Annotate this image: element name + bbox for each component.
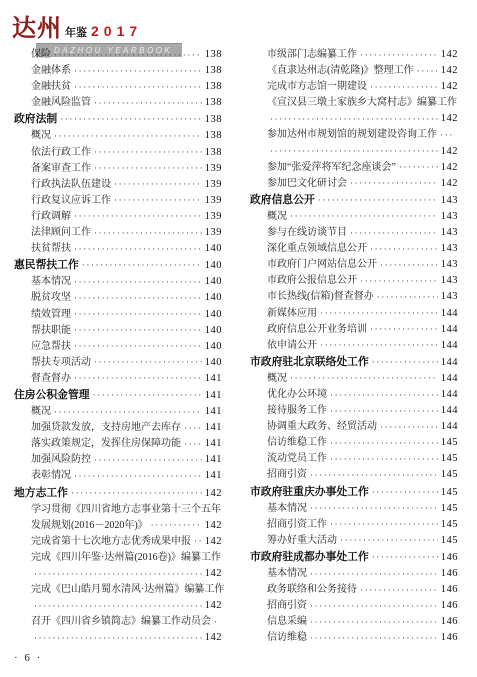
toc-item-entry: 依申请公开144 (250, 338, 458, 354)
page-number: 138 (205, 95, 222, 111)
dot-leader (372, 488, 438, 497)
page-number: 145 (441, 533, 458, 549)
toc-item-entry: 142 (250, 111, 458, 127)
toc-entry-text: 完成省第十七次地方志优秀成果申报 (31, 534, 191, 550)
toc-item-entry: 优化办公环境144 (250, 387, 458, 403)
page-number: 138 (205, 112, 222, 128)
toc-entry-text: 脱贫攻坚 (31, 290, 71, 306)
toc-entry-text: 基本情况 (31, 274, 71, 290)
dot-leader (340, 536, 438, 545)
toc-entry-text: 住房公积金管理 (14, 387, 90, 403)
page-number: 140 (205, 339, 222, 355)
dot-leader (94, 148, 202, 157)
page-number: 139 (205, 225, 222, 241)
toc-entry-text: 依申请公开 (267, 338, 317, 354)
yearbook-toc-page: 达州 年鉴 2017 DAZHOU YEARBOOK 保险138金融体系138金… (0, 0, 477, 677)
page-number: 143 (441, 241, 458, 257)
dot-leader (114, 180, 202, 189)
toc-item-entry: 绩效管理140 (14, 307, 222, 323)
toc-entry-text: 基本情况 (267, 501, 307, 517)
toc-item-entry: 市级部门志编纂工作142 (250, 47, 458, 63)
dot-leader (71, 489, 202, 498)
toc-entry-text: 政府法制 (14, 111, 57, 127)
dot-leader (94, 229, 202, 238)
masthead-logo: 达州 年鉴 2017 (12, 8, 182, 43)
dot-leader (74, 83, 202, 92)
dot-leader (330, 520, 438, 529)
page-number: 143 (441, 225, 458, 241)
toc-item-entry: 招商引资146 (250, 598, 458, 614)
dot-leader (74, 294, 202, 303)
toc-entry-text: 《直隶达州志(清乾隆)》整理工作 (267, 63, 414, 79)
page-number: 139 (205, 193, 222, 209)
toc-item-entry: 概况138 (14, 128, 222, 144)
page-number: 138 (205, 47, 222, 63)
toc-item-entry: 政府信息公开业务培训144 (250, 322, 458, 338)
dot-leader (380, 423, 438, 432)
page-number: 142 (441, 160, 458, 176)
toc-item-entry: 学习贯彻《四川省地方志事业第十三个五年 (14, 502, 222, 518)
page-number: 142 (205, 566, 222, 582)
page-number: 144 (441, 419, 458, 435)
dot-leader (74, 326, 202, 335)
dot-leader (360, 277, 438, 286)
toc-entry-text: 招商引资工作 (267, 517, 327, 533)
page-number: 142 (441, 79, 458, 95)
page-number: 142 (441, 111, 458, 127)
page-number: 145 (441, 501, 458, 517)
toc-column-right: 市级部门志编纂工作142《直隶达州志(清乾隆)》整理工作142完成市方志馆一期建… (250, 47, 458, 646)
dot-leader (320, 309, 438, 318)
dot-leader (82, 261, 202, 270)
dot-leader (372, 553, 438, 562)
page-number: 138 (205, 145, 222, 161)
page-number: 142 (205, 598, 222, 614)
toc-entry-text: 信访维稳 (267, 630, 307, 646)
toc-entry-text: 金融体系 (31, 63, 71, 79)
dot-leader (290, 212, 438, 221)
toc-section-entry: 政府法制138 (14, 111, 222, 128)
dot-leader (310, 471, 438, 480)
page-number: 142 (441, 47, 458, 63)
toc-entry-text: 绩效管理 (31, 307, 71, 323)
folio-page-number: · 6 · (14, 652, 42, 664)
toc-item-entry: 依法行政工作138 (14, 145, 222, 161)
page-number: 140 (205, 274, 222, 290)
dot-leader (74, 374, 202, 383)
toc-item-entry: 基本情况140 (14, 274, 222, 290)
toc-entry-text: 发展规划(2016－2020年)》 (31, 518, 148, 534)
page-number: 141 (205, 371, 222, 387)
toc-item-entry: 备案审查工作139 (14, 161, 222, 177)
toc-entry-text: 招商引资 (267, 598, 307, 614)
toc-entry-text: 行政调解 (31, 209, 71, 225)
toc-item-entry: 参与在线访谈节目143 (250, 225, 458, 241)
toc-item-entry: 流动党员工作145 (250, 451, 458, 467)
page-number: 141 (205, 468, 222, 484)
toc-item-entry: 信访维稳146 (250, 630, 458, 646)
page-number: 144 (441, 306, 458, 322)
dot-leader (290, 374, 438, 383)
page-number: 140 (205, 355, 222, 371)
dot-leader (114, 196, 202, 205)
page-number: 138 (205, 128, 222, 144)
toc-entry-text: 市政府驻成都办事处工作 (250, 549, 369, 565)
dot-leader (377, 293, 438, 302)
masthead-year: 2017 (91, 23, 142, 39)
dot-leader (54, 51, 202, 60)
dot-leader (320, 341, 438, 350)
toc-entry-text: 完成市方志馆一期建设 (267, 79, 367, 95)
toc-entry-text: 基本情况 (267, 566, 307, 582)
page-number: 142 (205, 486, 222, 502)
toc-item-entry: 基本情况145 (250, 501, 458, 517)
dot-leader (330, 455, 438, 464)
toc-entry-text: 督查督办 (31, 371, 71, 387)
dot-leader (34, 634, 202, 643)
page-number: 142 (205, 534, 222, 550)
page-number: 138 (205, 79, 222, 95)
page-number: 144 (441, 355, 458, 371)
toc-item-entry: 扶贫帮扶140 (14, 241, 222, 257)
toc-entry-text: 概况 (267, 209, 287, 225)
toc-item-entry: 招商引资工作145 (250, 517, 458, 533)
toc-entry-text: 市政府门户网站信息公开 (267, 257, 377, 273)
toc-entry-text: 依法行政工作 (31, 145, 91, 161)
toc-entry-text: 市级部门志编纂工作 (267, 47, 357, 63)
toc-entry-text: 行政执法队伍建设 (31, 177, 111, 193)
page-number: 143 (441, 273, 458, 289)
toc-item-entry: 《直隶达州志(清乾隆)》整理工作142 (250, 63, 458, 79)
toc-item-entry: 概况144 (250, 371, 458, 387)
toc-item-entry: 142 (14, 598, 222, 614)
dot-leader (330, 391, 438, 400)
page-number: 142 (205, 518, 222, 534)
dot-leader (94, 164, 202, 173)
toc-entry-text: 表彰情况 (31, 468, 71, 484)
dot-leader (270, 147, 438, 156)
toc-entry-text: 备案审查工作 (31, 161, 91, 177)
dot-leader (360, 586, 438, 595)
toc-entry-text: 保险 (31, 47, 51, 63)
toc-item-entry: 完成省第十七次地方志优秀成果申报142 (14, 534, 222, 550)
toc-item-entry: 法律顾问工作139 (14, 225, 222, 241)
dot-leader (74, 67, 202, 76)
toc-entry-text: 参加达州市规划馆的规划建设咨询工作 (267, 127, 437, 143)
page-number: 139 (205, 161, 222, 177)
page-number: 142 (441, 176, 458, 192)
toc-item-entry: 深化重点领域信息公开143 (250, 241, 458, 257)
toc-item-entry: 落实政策规定，发挥住房保障功能141 (14, 436, 222, 452)
dot-leader (74, 472, 202, 481)
dot-leader (34, 570, 202, 579)
toc-item-entry: 市长热线(信箱)督查督办143 (250, 289, 458, 305)
toc-entry-text: 惠民帮扶工作 (14, 257, 79, 273)
toc-entry-text: 概况 (31, 128, 51, 144)
page-number: 139 (205, 177, 222, 193)
table-of-contents: 保险138金融体系138金融扶贫138金融风险监管138政府法制138概况138… (14, 47, 458, 646)
dot-leader (94, 99, 202, 108)
page-number: 140 (205, 323, 222, 339)
toc-section-entry: 市政府驻北京联络处工作144 (250, 354, 458, 371)
masthead-subtitle: 年鉴 (65, 24, 87, 40)
dot-leader (350, 229, 438, 238)
page-number: 140 (205, 307, 222, 323)
toc-item-entry: 金融体系138 (14, 63, 222, 79)
toc-item-entry: 市政府公报信息公开143 (250, 273, 458, 289)
toc-entry-text: 概况 (31, 404, 51, 420)
page-number: 144 (441, 371, 458, 387)
dot-leader (350, 179, 438, 188)
page-number: 145 (441, 485, 458, 501)
toc-item-entry: 新媒体应用144 (250, 306, 458, 322)
dot-leader (34, 602, 202, 611)
toc-item-entry: 参加“张爱萍将军纪念座谈会”142 (250, 160, 458, 176)
toc-entry-text: 协调重大政务、经贸活动 (267, 419, 377, 435)
toc-entry-text: 政务联络和公务接待 (267, 582, 357, 598)
toc-entry-text: 应急帮扶 (31, 339, 71, 355)
dot-leader (310, 570, 438, 579)
page-number: 144 (441, 403, 458, 419)
toc-item-entry: 142 (14, 566, 222, 582)
page-number: 142 (441, 63, 458, 79)
toc-item-entry: 完成市方志馆一期建设142 (250, 79, 458, 95)
toc-entry-text: 学习贯彻《四川省地方志事业第十三个五年 (31, 502, 221, 518)
toc-item-entry: 142 (250, 144, 458, 160)
toc-item-entry: 金融风险监管138 (14, 95, 222, 111)
page-number: 143 (441, 209, 458, 225)
page-number: 146 (441, 614, 458, 630)
dot-leader (54, 408, 202, 417)
page-number: 146 (441, 550, 458, 566)
page-number: 145 (441, 451, 458, 467)
dot-leader (74, 212, 202, 221)
dot-leader (74, 278, 202, 287)
toc-entry-text: 新媒体应用 (267, 306, 317, 322)
toc-entry-text: 加强风险防控 (31, 452, 91, 468)
toc-entry-text: 行政复议应诉工作 (31, 193, 111, 209)
page-number: 146 (441, 630, 458, 646)
toc-entry-text: 流动党员工作 (267, 451, 327, 467)
dot-leader (74, 245, 202, 254)
toc-item-entry: 基本情况146 (250, 566, 458, 582)
toc-entry-text: 落实政策规定，发挥住房保障功能 (31, 436, 181, 452)
dot-leader (330, 439, 438, 448)
toc-item-entry: 142 (14, 630, 222, 646)
toc-entry-text: 完成《四川年鉴·达州篇(2016卷)》编纂工作 (31, 550, 221, 566)
page-number: 145 (441, 467, 458, 483)
page-number: 143 (441, 193, 458, 209)
toc-entry-text: 参加巴文化研讨会 (267, 176, 347, 192)
toc-item-entry: 招商引资145 (250, 467, 458, 483)
page-number: 139 (205, 209, 222, 225)
toc-entry-text: 优化办公环境 (267, 387, 327, 403)
toc-item-entry: 行政执法队伍建设139 (14, 177, 222, 193)
toc-entry-text: 召开《四川省乡镇简志》编纂工作动员会 (31, 614, 211, 630)
page-number: 145 (441, 517, 458, 533)
toc-section-entry: 市政府驻成都办事处工作146 (250, 549, 458, 566)
toc-entry-text: 市政府公报信息公开 (267, 273, 357, 289)
dot-leader (372, 358, 438, 367)
page-number: 144 (441, 387, 458, 403)
toc-section-entry: 政府信息公开143 (250, 192, 458, 209)
toc-item-entry: 信访维稳工作145 (250, 435, 458, 451)
dot-leader (184, 424, 202, 433)
toc-item-entry: 召开《四川省乡镇简志》编纂工作动员会 (14, 614, 222, 630)
masthead-title: 达州 (12, 8, 62, 43)
toc-entry-text: 市长热线(信箱)督查督办 (267, 289, 374, 305)
dot-leader (54, 132, 202, 141)
toc-item-entry: 行政调解139 (14, 209, 222, 225)
toc-item-entry: 概况143 (250, 209, 458, 225)
toc-item-entry: 参加巴文化研讨会142 (250, 176, 458, 192)
toc-entry-text: 加强贷款发放，支持房地产去库存 (31, 420, 181, 436)
toc-entry-text: 筹办好重大活动 (267, 533, 337, 549)
dot-leader (74, 342, 202, 351)
dot-leader (151, 521, 202, 530)
toc-entry-text: 法律顾问工作 (31, 225, 91, 241)
toc-item-entry: 接待服务工作144 (250, 403, 458, 419)
toc-entry-text: 信息采编 (267, 614, 307, 630)
toc-item-entry: 表彰情况141 (14, 468, 222, 484)
toc-item-entry: 加强贷款发放，支持房地产去库存141 (14, 420, 222, 436)
dot-leader (214, 618, 219, 627)
toc-item-entry: 概况141 (14, 404, 222, 420)
toc-entry-text: 参加“张爱萍将军纪念座谈会” (267, 160, 396, 176)
toc-entry-text: 帮扶专项活动 (31, 355, 91, 371)
dot-leader (310, 618, 438, 627)
toc-entry-text: 《宣汉县三墩土家族乡大窝村志》编纂工作 (267, 95, 457, 111)
dot-leader (380, 261, 438, 270)
toc-entry-text: 信访维稳工作 (267, 435, 327, 451)
page-number: 141 (205, 420, 222, 436)
toc-entry-text: 接待服务工作 (267, 403, 327, 419)
toc-item-entry: 政务联络和公务接待146 (250, 582, 458, 598)
toc-item-entry: 市政府门户网站信息公开143 (250, 257, 458, 273)
dot-leader (310, 602, 438, 611)
toc-section-entry: 住房公积金管理141 (14, 387, 222, 404)
toc-item-entry: 发展规划(2016－2020年)》142 (14, 518, 222, 534)
toc-item-entry: 完成《巴山皓月蜀水清风·达州篇》编纂工作 (14, 582, 222, 598)
toc-item-entry: 应急帮扶140 (14, 339, 222, 355)
dot-leader (417, 67, 438, 76)
page-number: 138 (205, 63, 222, 79)
toc-section-entry: 惠民帮扶工作140 (14, 257, 222, 274)
page-number: 141 (205, 388, 222, 404)
page-number: 145 (441, 435, 458, 451)
dot-leader (370, 83, 438, 92)
toc-item-entry: 《宣汉县三墩土家族乡大窝村志》编纂工作 (250, 95, 458, 111)
toc-column-left: 保险138金融体系138金融扶贫138金融风险监管138政府法制138概况138… (14, 47, 222, 646)
dot-leader (184, 440, 202, 449)
dot-leader (93, 391, 202, 400)
dot-leader (370, 325, 438, 334)
toc-entry-text: 政府信息公开 (250, 192, 315, 208)
toc-section-entry: 地方志工作142 (14, 485, 222, 502)
toc-entry-text: 金融风险监管 (31, 95, 91, 111)
dot-leader (318, 196, 438, 205)
page-number: 141 (205, 404, 222, 420)
page-number: 140 (205, 258, 222, 274)
page-number: 141 (205, 436, 222, 452)
page-number: 144 (441, 322, 458, 338)
toc-item-entry: 参加达州市规划馆的规划建设咨询工作 (250, 127, 458, 143)
page-number: 144 (441, 338, 458, 354)
page-number: 143 (441, 289, 458, 305)
dot-leader (440, 131, 455, 140)
dot-leader (310, 634, 438, 643)
toc-entry-text: 市政府驻北京联络处工作 (250, 354, 369, 370)
page-number: 146 (441, 582, 458, 598)
dot-leader (270, 115, 438, 124)
toc-entry-text: 金融扶贫 (31, 79, 71, 95)
toc-item-entry: 帮扶专项活动140 (14, 355, 222, 371)
page-number: 146 (441, 598, 458, 614)
toc-entry-text: 招商引资 (267, 467, 307, 483)
toc-item-entry: 行政复议应诉工作139 (14, 193, 222, 209)
toc-entry-text: 概况 (267, 371, 287, 387)
dot-leader (330, 407, 438, 416)
page-number: 142 (441, 144, 458, 160)
toc-item-entry: 保险138 (14, 47, 222, 63)
dot-leader (60, 115, 202, 124)
page-number: 141 (205, 452, 222, 468)
toc-entry-text: 深化重点领域信息公开 (267, 241, 367, 257)
dot-leader (94, 358, 202, 367)
toc-entry-text: 完成《巴山皓月蜀水清风·达州篇》编纂工作 (31, 582, 224, 598)
dot-leader (399, 163, 438, 172)
toc-item-entry: 脱贫攻坚140 (14, 290, 222, 306)
toc-entry-text: 政府信息公开业务培训 (267, 322, 367, 338)
dot-leader (94, 456, 202, 465)
toc-entry-text: 参与在线访谈节目 (267, 225, 347, 241)
toc-item-entry: 完成《四川年鉴·达州篇(2016卷)》编纂工作 (14, 550, 222, 566)
toc-item-entry: 协调重大政务、经贸活动144 (250, 419, 458, 435)
dot-leader (370, 245, 438, 254)
dot-leader (360, 51, 438, 60)
toc-item-entry: 督查督办141 (14, 371, 222, 387)
toc-item-entry: 筹办好重大活动145 (250, 533, 458, 549)
page-number: 142 (205, 630, 222, 646)
dot-leader (74, 310, 202, 319)
dot-leader (310, 504, 438, 513)
toc-section-entry: 市政府驻重庆办事处工作145 (250, 484, 458, 501)
toc-entry-text: 地方志工作 (14, 485, 68, 501)
page-number: 140 (205, 241, 222, 257)
toc-item-entry: 帮扶职能140 (14, 323, 222, 339)
toc-entry-text: 市政府驻重庆办事处工作 (250, 484, 369, 500)
toc-item-entry: 信息采编146 (250, 614, 458, 630)
toc-entry-text: 扶贫帮扶 (31, 241, 71, 257)
page-number: 146 (441, 566, 458, 582)
toc-item-entry: 加强风险防控141 (14, 452, 222, 468)
page-number: 140 (205, 290, 222, 306)
toc-item-entry: 金融扶贫138 (14, 79, 222, 95)
page-number: 143 (441, 257, 458, 273)
toc-entry-text: 帮扶职能 (31, 323, 71, 339)
dot-leader (194, 537, 202, 546)
